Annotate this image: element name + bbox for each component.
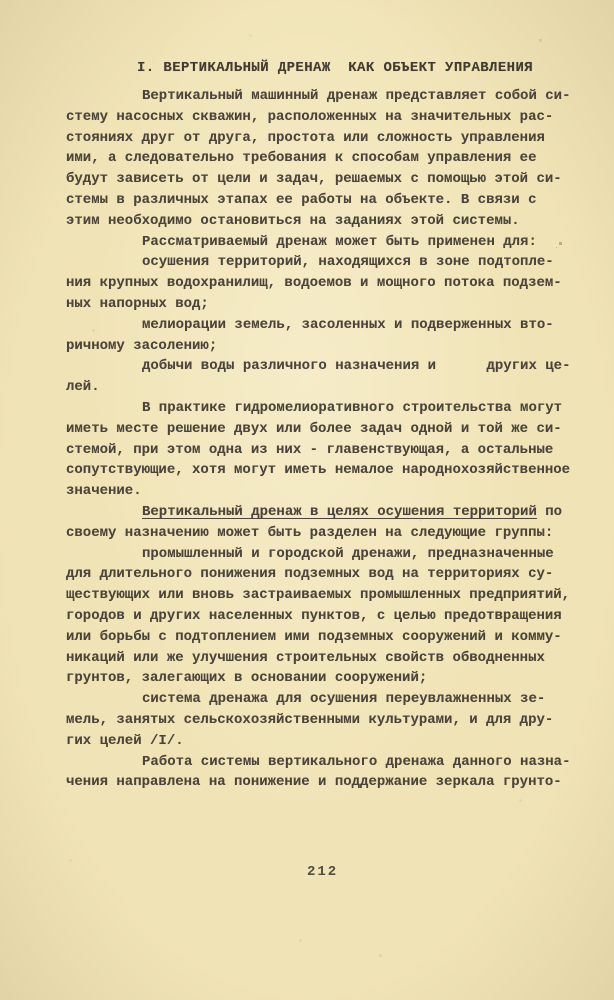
text-line: Работа системы вертикального дренажа дан… — [66, 752, 566, 773]
text-line: сопутствующие, хотя могут иметь немалое … — [66, 460, 566, 481]
scanned-document-page: I. ВЕРТИКАЛЬНЫЙ ДРЕНАЖ КАК ОБЪЕКТ УПРАВЛ… — [0, 0, 614, 1000]
text-line: никаций или же улучшения строительных св… — [66, 648, 566, 669]
text-line: будут зависеть от цели и задач, решаемых… — [66, 169, 566, 190]
text-line: мель, занятых сельскохозяйственными куль… — [66, 710, 566, 731]
text-line: промышленный и городской дренажи, предна… — [66, 544, 566, 565]
text-line: этим необходимо остановиться на заданиях… — [66, 211, 566, 232]
text-line: гих целей /I/. — [66, 731, 566, 752]
text-line: или борьбы с подтоплением ими подземных … — [66, 627, 566, 648]
text-line: грунтов, залегающих в основании сооружен… — [66, 668, 566, 689]
text-line: стояниях друг от друга, простота или сло… — [66, 128, 566, 149]
text-line: ими, а следовательно требования к способ… — [66, 148, 566, 169]
underlined-text: Вертикальный дренаж в целях осушения тер… — [142, 504, 537, 520]
text-line: мелиорации земель, засоленных и подверже… — [66, 315, 566, 336]
text-line: Вертикальный дренаж в целях осушения тер… — [66, 502, 566, 523]
text-line: В практике гидромелиоративного строитель… — [66, 398, 566, 419]
text-line: иметь месте решение двух или более задач… — [66, 419, 566, 440]
text-line: осушения территорий, находящихся в зоне … — [66, 252, 566, 273]
text-line: стемой, при этом одна из них - главенств… — [66, 440, 566, 461]
text-line: лей. — [66, 377, 566, 398]
text-line: значение. — [66, 481, 566, 502]
text-line: ричному засолению; — [66, 336, 566, 357]
text-line: стемы в различных этапах ее работы на об… — [66, 190, 566, 211]
text-line: ния крупных водохранилищ, водоемов и мощ… — [66, 273, 566, 294]
text-line: добычи воды различного назначения и друг… — [66, 356, 566, 377]
text-line: стему насосных скважин, расположенных на… — [66, 107, 566, 128]
body-text: Вертикальный машинный дренаж представляе… — [66, 86, 566, 793]
paper-noise — [0, 0, 1, 1]
text-line: Вертикальный машинный дренаж представляе… — [66, 86, 566, 107]
text-line: система дренажа для осушения переувлажне… — [66, 689, 566, 710]
text-line: для длительного понижения подземных вод … — [66, 564, 566, 585]
text-line: ществующих или вновь застраиваемых промы… — [66, 585, 566, 606]
section-heading: I. ВЕРТИКАЛЬНЫЙ ДРЕНАЖ КАК ОБЪЕКТ УПРАВЛ… — [137, 60, 533, 76]
text-line: Рассматриваемый дренаж может быть примен… — [66, 232, 566, 253]
text-line: городов и других населенных пунктов, с ц… — [66, 606, 566, 627]
text-line: своему назначению может быть разделен на… — [66, 523, 566, 544]
page-number: 212 — [307, 864, 338, 880]
text-line: ных напорных вод; — [66, 294, 566, 315]
text-line: чения направлена на понижение и поддержа… — [66, 772, 566, 793]
